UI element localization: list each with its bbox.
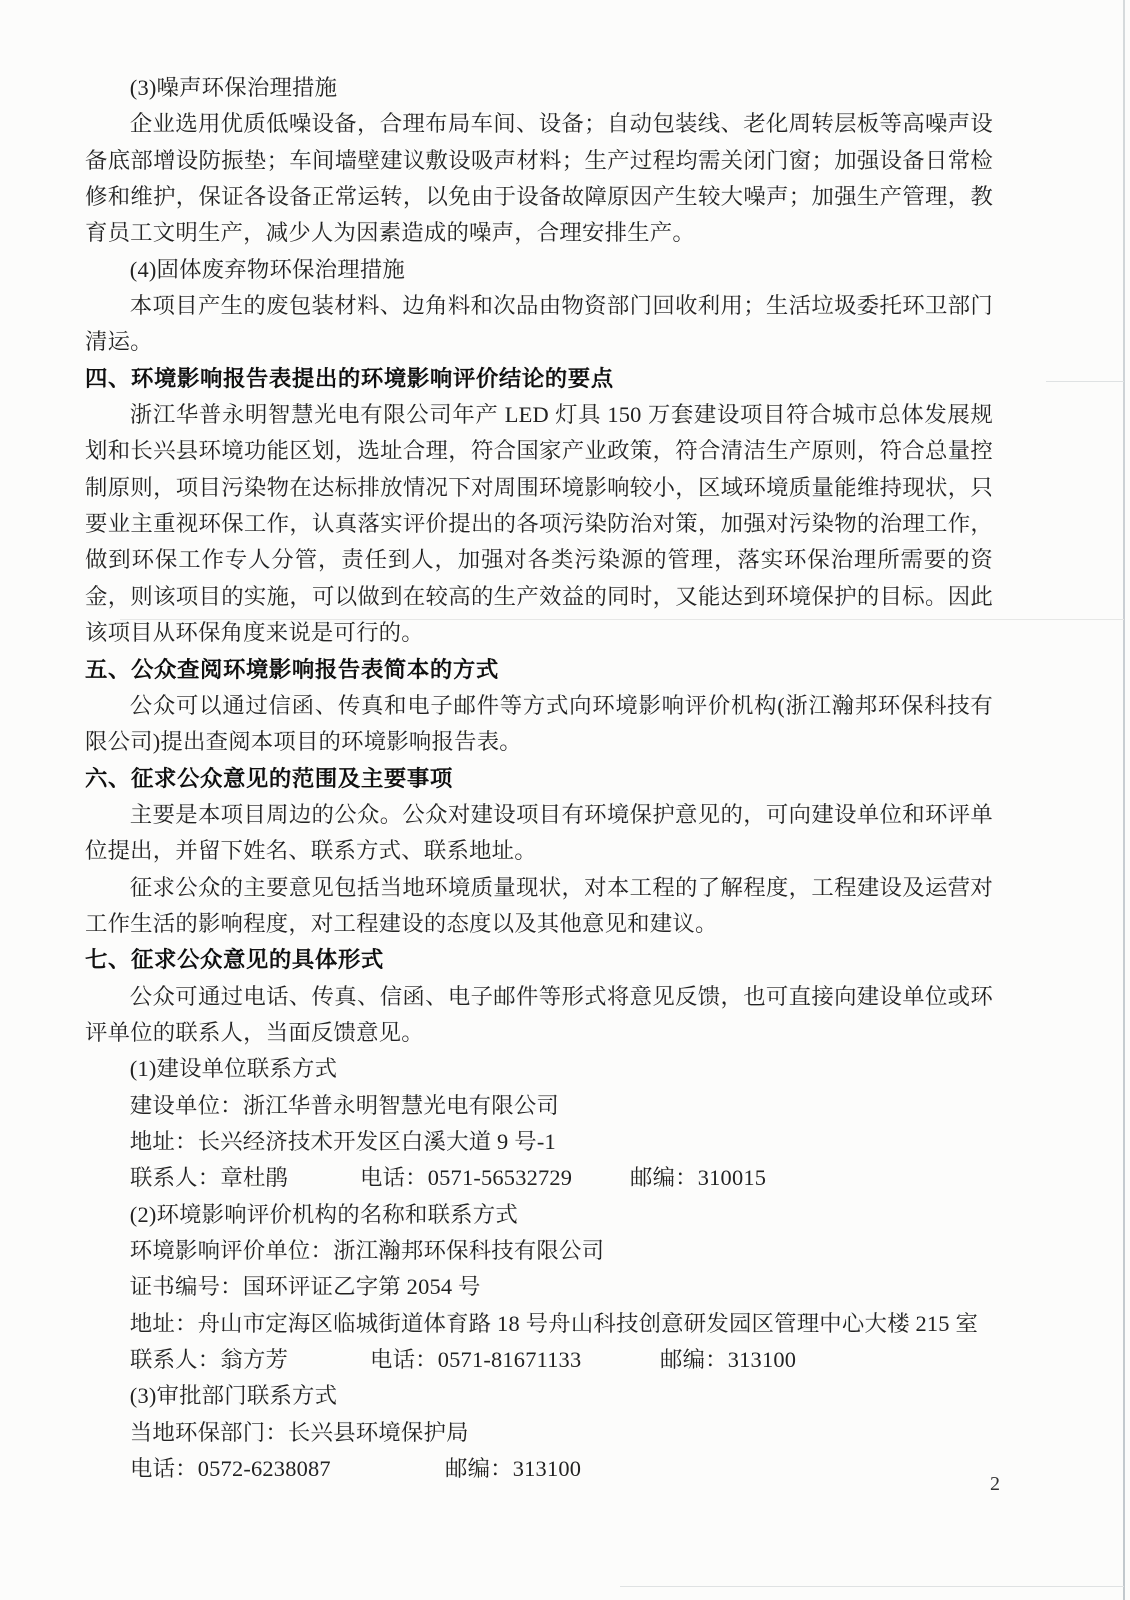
contact-field: 联系人：翁方芳 xyxy=(130,1342,288,1378)
paragraph: (2)环境影响评价机构的名称和联系方式 xyxy=(85,1197,993,1233)
paragraph: 公众可以通过信函、传真和电子邮件等方式向环境影响评价机构(浙江瀚邦环保科技有限公… xyxy=(85,688,993,761)
contact-field: 电话：0571-81671133 xyxy=(370,1342,581,1378)
paragraph: 建设单位：浙江华普永明智慧光电有限公司 xyxy=(85,1088,993,1124)
contact-field: 邮编：313100 xyxy=(445,1451,581,1487)
contact-field: 邮编：313100 xyxy=(660,1342,796,1378)
scan-edge-line xyxy=(1123,0,1125,1600)
document-body: (3)噪声环保治理措施企业选用优质低噪设备，合理布局车间、设备；自动包装线、老化… xyxy=(85,70,993,1487)
paragraph: 本项目产生的废包装材料、边角料和次品由物资部门回收利用；生活垃圾委托环卫部门清运… xyxy=(85,288,993,361)
paragraph: (4)固体废弃物环保治理措施 xyxy=(85,252,993,288)
contact-field: 电话：0572-6238087 xyxy=(130,1451,331,1487)
contact-row: 联系人：翁方芳电话：0571-81671133邮编：313100 xyxy=(85,1342,993,1378)
paragraph: 企业选用优质低噪设备，合理布局车间、设备；自动包装线、老化周转层板等高噪声设备底… xyxy=(85,106,993,251)
scan-streak xyxy=(1046,381,1124,382)
contact-field: 邮编：310015 xyxy=(630,1160,766,1196)
paragraph: 公众可通过电话、传真、信函、电子邮件等形式将意见反馈，也可直接向建设单位或环评单… xyxy=(85,979,993,1052)
paragraph: 环境影响评价单位：浙江瀚邦环保科技有限公司 xyxy=(85,1233,993,1269)
paragraph: 主要是本项目周边的公众。公众对建设项目有环境保护意见的，可向建设单位和环评单位提… xyxy=(85,797,993,870)
scan-streak xyxy=(120,619,1124,620)
paragraph: (3)噪声环保治理措施 xyxy=(85,70,993,106)
paragraph: 浙江华普永明智慧光电有限公司年产 LED 灯具 150 万套建设项目符合城市总体… xyxy=(85,397,993,651)
contact-row: 电话：0572-6238087邮编：313100 xyxy=(85,1451,993,1487)
contact-field: 电话：0571-56532729 xyxy=(360,1160,572,1196)
paragraph: (3)审批部门联系方式 xyxy=(85,1378,993,1414)
contact-row: 联系人：章杜鹃电话：0571-56532729邮编：310015 xyxy=(85,1160,993,1196)
page-number: 2 xyxy=(990,1472,1000,1496)
paragraph: 证书编号：国环评证乙字第 2054 号 xyxy=(85,1269,993,1305)
paragraph: 当地环保部门：长兴县环境保护局 xyxy=(85,1415,993,1451)
section-heading: 七、征求公众意见的具体形式 xyxy=(85,942,993,978)
section-heading: 五、公众查阅环境影响报告表简本的方式 xyxy=(85,652,993,688)
contact-field: 联系人：章杜鹃 xyxy=(130,1160,288,1196)
paragraph: 征求公众的主要意见包括当地环境质量现状，对本工程的了解程度，工程建设及运营对工作… xyxy=(85,870,993,943)
paragraph: (1)建设单位联系方式 xyxy=(85,1051,993,1087)
paragraph: 地址：舟山市定海区临城街道体育路 18 号舟山科技创意研发园区管理中心大楼 21… xyxy=(85,1306,993,1342)
paragraph: 地址：长兴经济技术开发区白溪大道 9 号-1 xyxy=(85,1124,993,1160)
document-page: (3)噪声环保治理措施企业选用优质低噪设备，合理布局车间、设备；自动包装线、老化… xyxy=(0,0,1130,1600)
scan-streak xyxy=(620,1586,1124,1587)
section-heading: 四、环境影响报告表提出的环境影响评价结论的要点 xyxy=(85,361,993,397)
section-heading: 六、征求公众意见的范围及主要事项 xyxy=(85,761,993,797)
